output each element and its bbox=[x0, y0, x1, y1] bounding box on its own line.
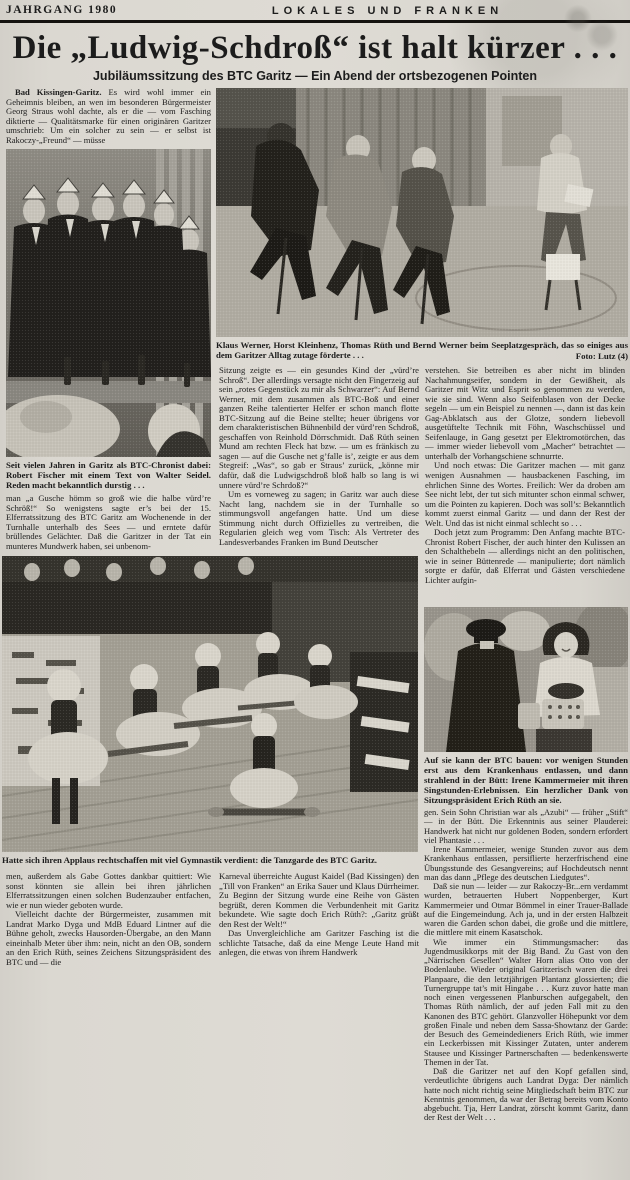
dateline: Bad Kissingen-Garitz. bbox=[15, 87, 102, 97]
article-subheadline: Jubiläumssitzung des BTC Garitz — Ein Ab… bbox=[0, 69, 630, 83]
caption-tanzgarde: Hatte sich ihren Applaus rechtschaffen m… bbox=[2, 856, 418, 866]
article-headline: Die „Ludwig-Schdroß“ ist halt kürzer . .… bbox=[0, 30, 630, 67]
photo-btc-chronist bbox=[6, 149, 211, 457]
photo-kammermeier-graphic bbox=[424, 607, 628, 752]
masthead-section-title: LOKALES UND FRANKEN bbox=[260, 5, 515, 17]
caption-seeplatzgespraech: Klaus Werner, Horst Kleinhenz, Thomas Rü… bbox=[216, 341, 628, 362]
col2-bottom-paragraphs: Karneval überreichte August Kaidel (Bad … bbox=[219, 872, 419, 958]
caption-btc-chronist: Seit vielen Jahren in Garitz als BTC-Chr… bbox=[6, 461, 211, 491]
caption-kammermeier: Auf sie kann der BTC bauen: vor wenigen … bbox=[424, 756, 628, 806]
col3-bottom-paragraphs: gen. Sein Sohn Christian war als „Azubi“… bbox=[424, 808, 628, 1123]
photo-btc-chronist-graphic bbox=[6, 149, 211, 457]
col2-top-paragraphs: Sitzung zeigte es — ein gesundes Kind de… bbox=[219, 366, 419, 547]
newspaper-page: { "masthead": { "year_label": "JAHRGANG … bbox=[0, 0, 630, 1180]
col1-bottom-paragraphs: men, außerdem als Gabe Gottes dankbar qu… bbox=[6, 872, 211, 967]
masthead-year: JAHRGANG 1980 bbox=[6, 4, 117, 16]
photo-credit: Foto: Lutz (4) bbox=[576, 352, 628, 362]
col1-top-text: Es wird wohl immer ein Geheimnis bleiben… bbox=[6, 87, 211, 145]
caption-seeplatzgespraech-text: Klaus Werner, Horst Kleinhenz, Thomas Rü… bbox=[216, 340, 628, 360]
masthead-rule bbox=[0, 20, 630, 23]
col1-top-paragraph: Bad Kissingen-Garitz. Es wird wohl immer… bbox=[6, 88, 211, 145]
photo-tanzgarde-graphic bbox=[2, 556, 418, 852]
col1-mid-paragraph: man „a Gusche hömm so groß wie die halbe… bbox=[6, 494, 211, 551]
col3-top-paragraphs: verstehen. Sie betreiben es aber nicht i… bbox=[425, 366, 625, 586]
photo-kammermeier bbox=[424, 607, 628, 752]
photo-seeplatzgespraech bbox=[216, 88, 628, 337]
photo-seeplatzgespraech-graphic bbox=[216, 88, 628, 337]
photo-tanzgarde bbox=[2, 556, 418, 852]
